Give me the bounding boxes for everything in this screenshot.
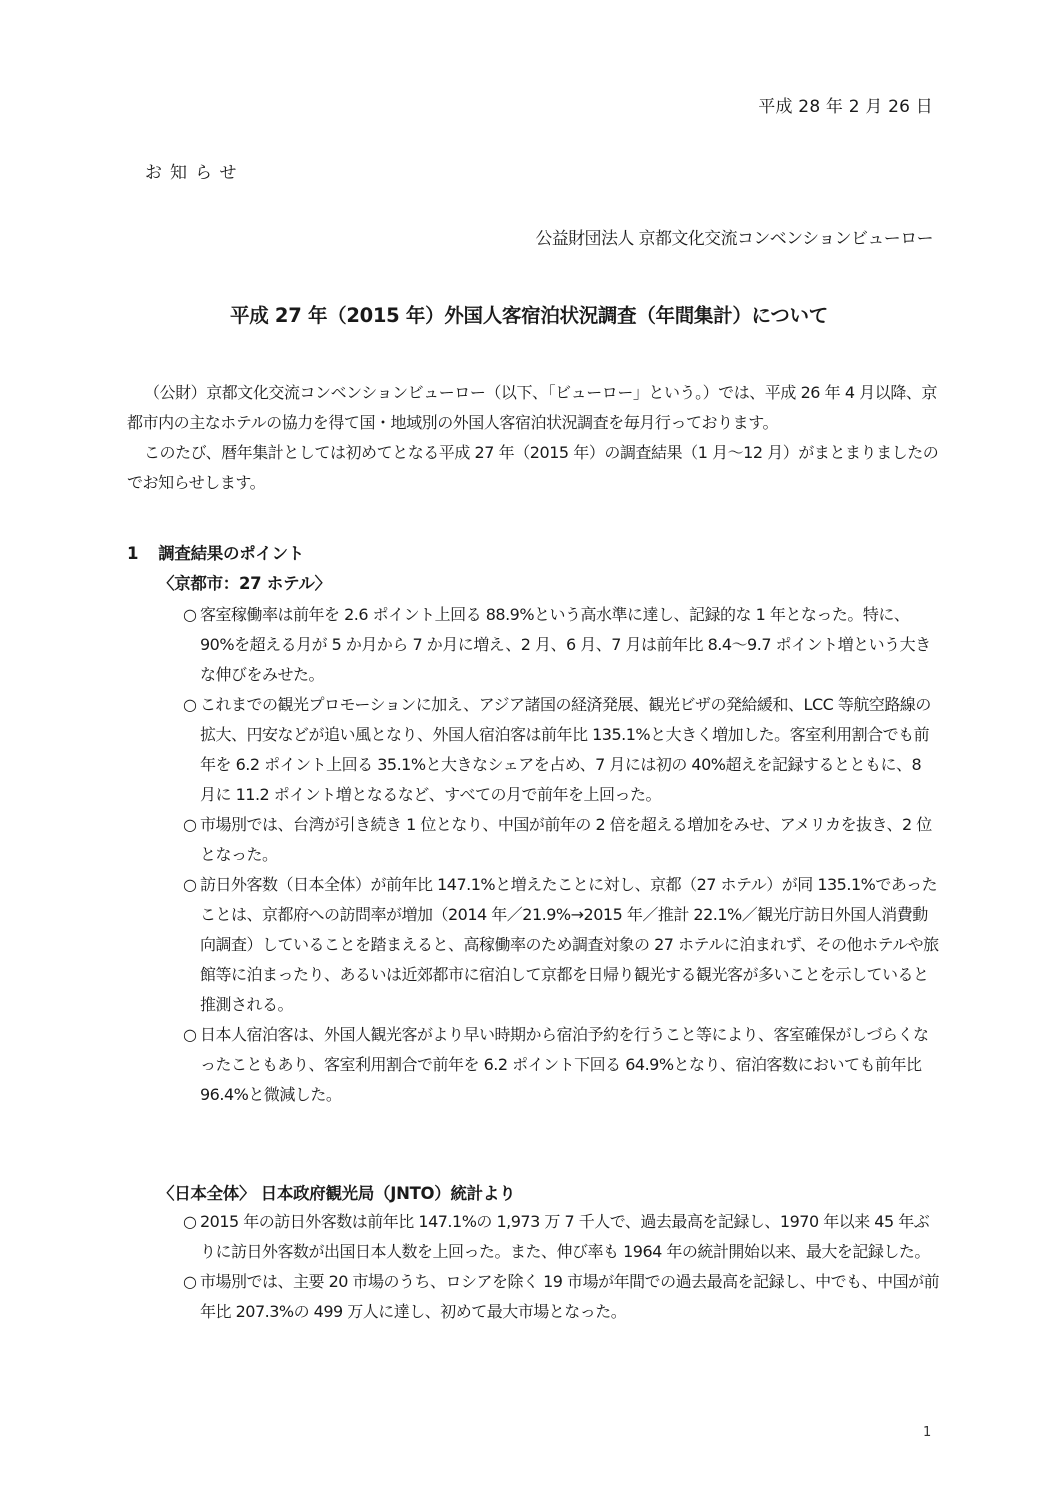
- kyoto-subheading: 〈京都市：27 ホテル〉: [158, 570, 331, 594]
- section-number: 1: [127, 544, 138, 563]
- circle-bullet-icon: ○: [183, 690, 200, 720]
- list-item: ○客室稼働率は前年を 2.6 ポイント上回る 88.9%という高水準に達し、記録…: [183, 600, 940, 690]
- list-item: ○日本人宿泊客は、外国人観光客がより早い時期から宿泊予約を行うこと等により、客室…: [183, 1020, 940, 1110]
- section-1-heading: 1調査結果のポイント: [127, 540, 304, 564]
- kyoto-bullet-list: ○客室稼働率は前年を 2.6 ポイント上回る 88.9%という高水準に達し、記録…: [183, 600, 940, 1110]
- bullet-text: 訪日外客数（日本全体）が前年比 147.1%と増えたことに対し、京都（27 ホテ…: [200, 875, 939, 1014]
- page-number: 1: [923, 1425, 931, 1440]
- circle-bullet-icon: ○: [183, 810, 200, 840]
- document-date: 平成 28 年 2 月 26 日: [758, 92, 933, 117]
- list-item: ○これまでの観光プロモーションに加え、アジア諸国の経済発展、観光ビザの発給緩和、…: [183, 690, 940, 810]
- circle-bullet-icon: ○: [183, 870, 200, 900]
- list-item: ○市場別では、主要 20 市場のうち、ロシアを除く 19 市場が年間での過去最高…: [183, 1267, 940, 1327]
- bullet-text: これまでの観光プロモーションに加え、アジア諸国の経済発展、観光ビザの発給緩和、L…: [200, 695, 931, 804]
- circle-bullet-icon: ○: [183, 600, 200, 630]
- document-title: 平成 27 年（2015 年）外国人客宿泊状況調査（年間集計）について: [0, 300, 1058, 328]
- circle-bullet-icon: ○: [183, 1207, 200, 1237]
- bullet-text: 市場別では、主要 20 市場のうち、ロシアを除く 19 市場が年間での過去最高を…: [200, 1272, 939, 1321]
- intro-paragraph-1: （公財）京都文化交流コンベンションビューロー（以下、「ビューロー」という。）では…: [127, 378, 939, 438]
- japan-bullet-list: ○2015 年の訪日外客数は前年比 147.1%の 1,973 万 7 千人で、…: [183, 1207, 940, 1327]
- japan-subheading: 〈日本全体〉 日本政府観光局（JNTO）統計より: [158, 1180, 515, 1204]
- list-item: ○市場別では、台湾が引き続き 1 位となり、中国が前年の 2 倍を超える増加をみ…: [183, 810, 940, 870]
- document-page: 平成 28 年 2 月 26 日 お知らせ 公益財団法人 京都文化交流コンベンシ…: [0, 0, 1058, 1497]
- bullet-text: 2015 年の訪日外客数は前年比 147.1%の 1,973 万 7 千人で、過…: [200, 1212, 930, 1261]
- circle-bullet-icon: ○: [183, 1020, 200, 1050]
- list-item: ○訪日外客数（日本全体）が前年比 147.1%と増えたことに対し、京都（27 ホ…: [183, 870, 940, 1020]
- bullet-text: 客室稼働率は前年を 2.6 ポイント上回る 88.9%という高水準に達し、記録的…: [200, 605, 931, 684]
- notice-label: お知らせ: [145, 158, 245, 183]
- intro-paragraph-2: このたび、暦年集計としては初めてとなる平成 27 年（2015 年）の調査結果（…: [127, 438, 939, 498]
- list-item: ○2015 年の訪日外客数は前年比 147.1%の 1,973 万 7 千人で、…: [183, 1207, 940, 1267]
- bullet-text: 日本人宿泊客は、外国人観光客がより早い時期から宿泊予約を行うこと等により、客室確…: [200, 1025, 929, 1104]
- circle-bullet-icon: ○: [183, 1267, 200, 1297]
- bullet-text: 市場別では、台湾が引き続き 1 位となり、中国が前年の 2 倍を超える増加をみせ…: [200, 815, 932, 864]
- intro-section: （公財）京都文化交流コンベンションビューロー（以下、「ビューロー」という。）では…: [127, 378, 939, 498]
- section-title: 調査結果のポイント: [158, 544, 304, 563]
- organization-name: 公益財団法人 京都文化交流コンベンションビューロー: [535, 224, 933, 249]
